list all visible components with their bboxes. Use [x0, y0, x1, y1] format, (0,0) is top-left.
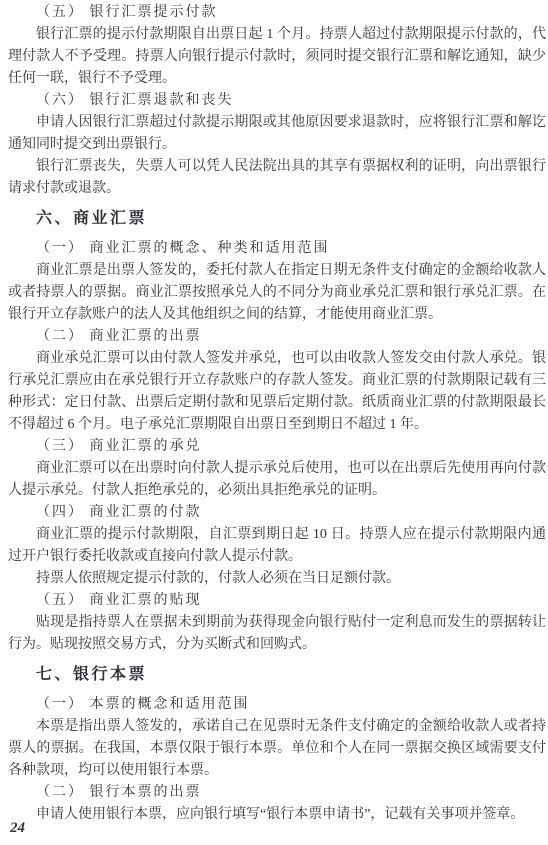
page-number: 24	[10, 820, 25, 837]
body-paragraph: 贴现是指持票人在票据未到期前为获得现金向银行贴付一定利息而发生的票据转让行为。贴…	[8, 612, 546, 656]
body-paragraph: 申请人因银行汇票超过付款提示期限或其他原因要求退款时，应将银行汇票和解讫通知同时…	[8, 112, 546, 156]
body-paragraph: 商业汇票的提示付款期限，自汇票到期日起 10 日。持票人应在提示付款期限内通过开…	[8, 524, 546, 568]
document-body: （五） 银行汇票提示付款银行汇票的提示付款期限自出票日起 1 个月。持票人超过付…	[8, 2, 546, 826]
subsection-heading: （六） 银行汇票退款和丧失	[8, 90, 546, 112]
subsection-heading: （四） 商业汇票的付款	[8, 502, 546, 524]
document-page: （五） 银行汇票提示付款银行汇票的提示付款期限自出票日起 1 个月。持票人超过付…	[0, 0, 548, 845]
section-heading: 六、商业汇票	[8, 208, 546, 230]
body-paragraph: 商业承兑汇票可以由付款人签发并承兑，也可以由收款人签发交由付款人承兑。银行承兑汇…	[8, 348, 546, 436]
subsection-heading: （三） 商业汇票的承兑	[8, 436, 546, 458]
subsection-heading: （二） 商业汇票的出票	[8, 326, 546, 348]
body-paragraph: 银行汇票丧失，失票人可以凭人民法院出具的其享有票据权利的证明，向出票银行请求付款…	[8, 156, 546, 200]
subsection-heading: （五） 商业汇票的贴现	[8, 590, 546, 612]
subsection-heading: （二） 银行本票的出票	[8, 782, 546, 804]
body-paragraph: 商业汇票是出票人签发的，委托付款人在指定日期无条件支付确定的金额给收款人或者持票…	[8, 260, 546, 326]
body-paragraph: 本票是指出票人签发的，承诺自己在见票时无条件支付确定的金额给收款人或者持票人的票…	[8, 716, 546, 782]
body-paragraph: 商业汇票可以在出票时向付款人提示承兑后使用，也可以在出票后先使用再向付款人提示承…	[8, 458, 546, 502]
body-paragraph: 申请人使用银行本票，应向银行填写“银行本票申请书”，记载有关事项并签章。	[8, 804, 546, 826]
subsection-heading: （一） 商业汇票的概念、种类和适用范围	[8, 238, 546, 260]
subsection-heading: （一） 本票的概念和适用范围	[8, 694, 546, 716]
subsection-heading: （五） 银行汇票提示付款	[8, 2, 546, 24]
section-heading: 七、银行本票	[8, 664, 546, 686]
body-paragraph: 持票人依照规定提示付款的，付款人必须在当日足额付款。	[8, 568, 546, 590]
body-paragraph: 银行汇票的提示付款期限自出票日起 1 个月。持票人超过付款期限提示付款的，代理付…	[8, 24, 546, 90]
